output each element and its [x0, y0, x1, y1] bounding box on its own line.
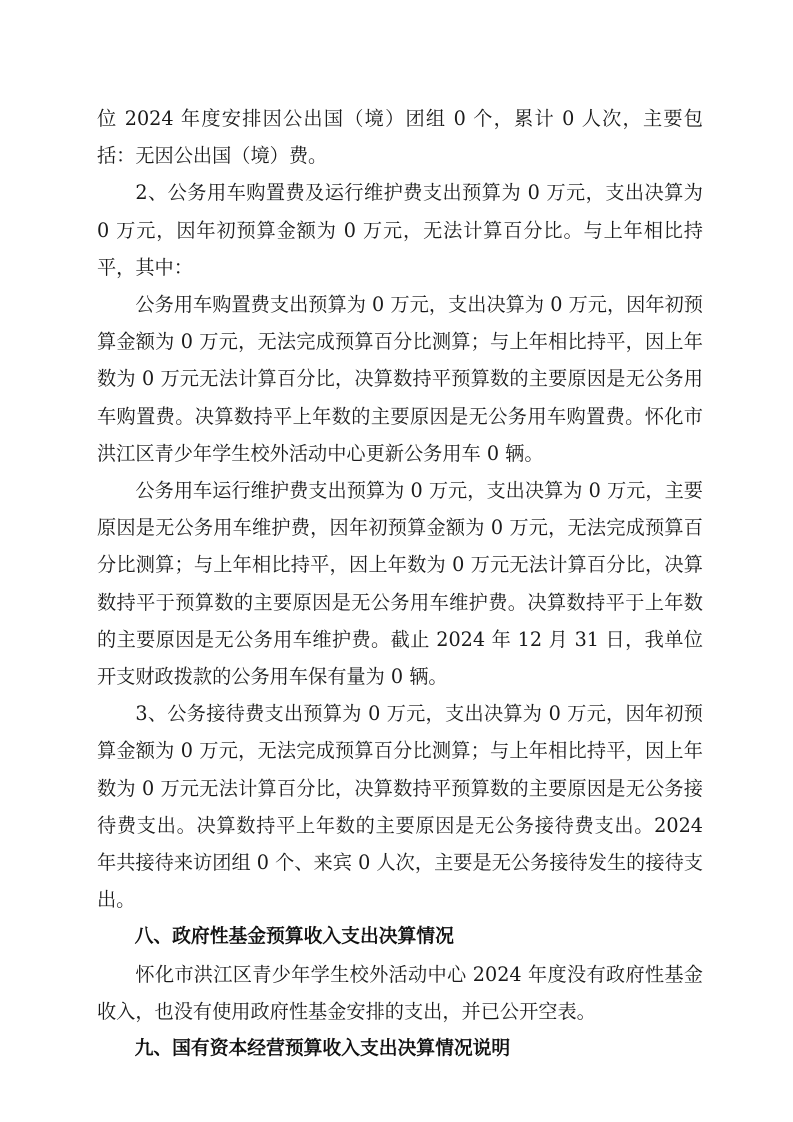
paragraph-overseas-trip-continuation: 位 2024 年度安排因公出国（境）团组 0 个，累计 0 人次，主要包括：无因… — [97, 100, 703, 174]
document-page: 位 2024 年度安排因公出国（境）团组 0 个，累计 0 人次，主要包括：无因… — [97, 100, 703, 1067]
paragraph-vehicle-maintenance: 公务用车运行维护费支出预算为 0 万元，支出决算为 0 万元，主要原因是无公务用… — [97, 472, 703, 695]
paragraph-vehicle-purchase: 公务用车购置费支出预算为 0 万元，支出决算为 0 万元，因年初预算金额为 0 … — [97, 286, 703, 472]
paragraph-vehicle-expenses-summary: 2、公务用车购置费及运行维护费支出预算为 0 万元，支出决算为 0 万元，因年初… — [97, 174, 703, 286]
paragraph-official-reception: 3、公务接待费支出预算为 0 万元，支出决算为 0 万元，因年初预算金额为 0 … — [97, 695, 703, 918]
paragraph-government-fund: 怀化市洪江区青少年学生校外活动中心 2024 年度没有政府性基金收入，也没有使用… — [97, 956, 703, 1030]
section-heading-state-capital: 九、国有资本经营预算收入支出决算情况说明 — [97, 1030, 703, 1067]
section-heading-government-fund: 八、政府性基金预算收入支出决算情况 — [97, 918, 703, 955]
